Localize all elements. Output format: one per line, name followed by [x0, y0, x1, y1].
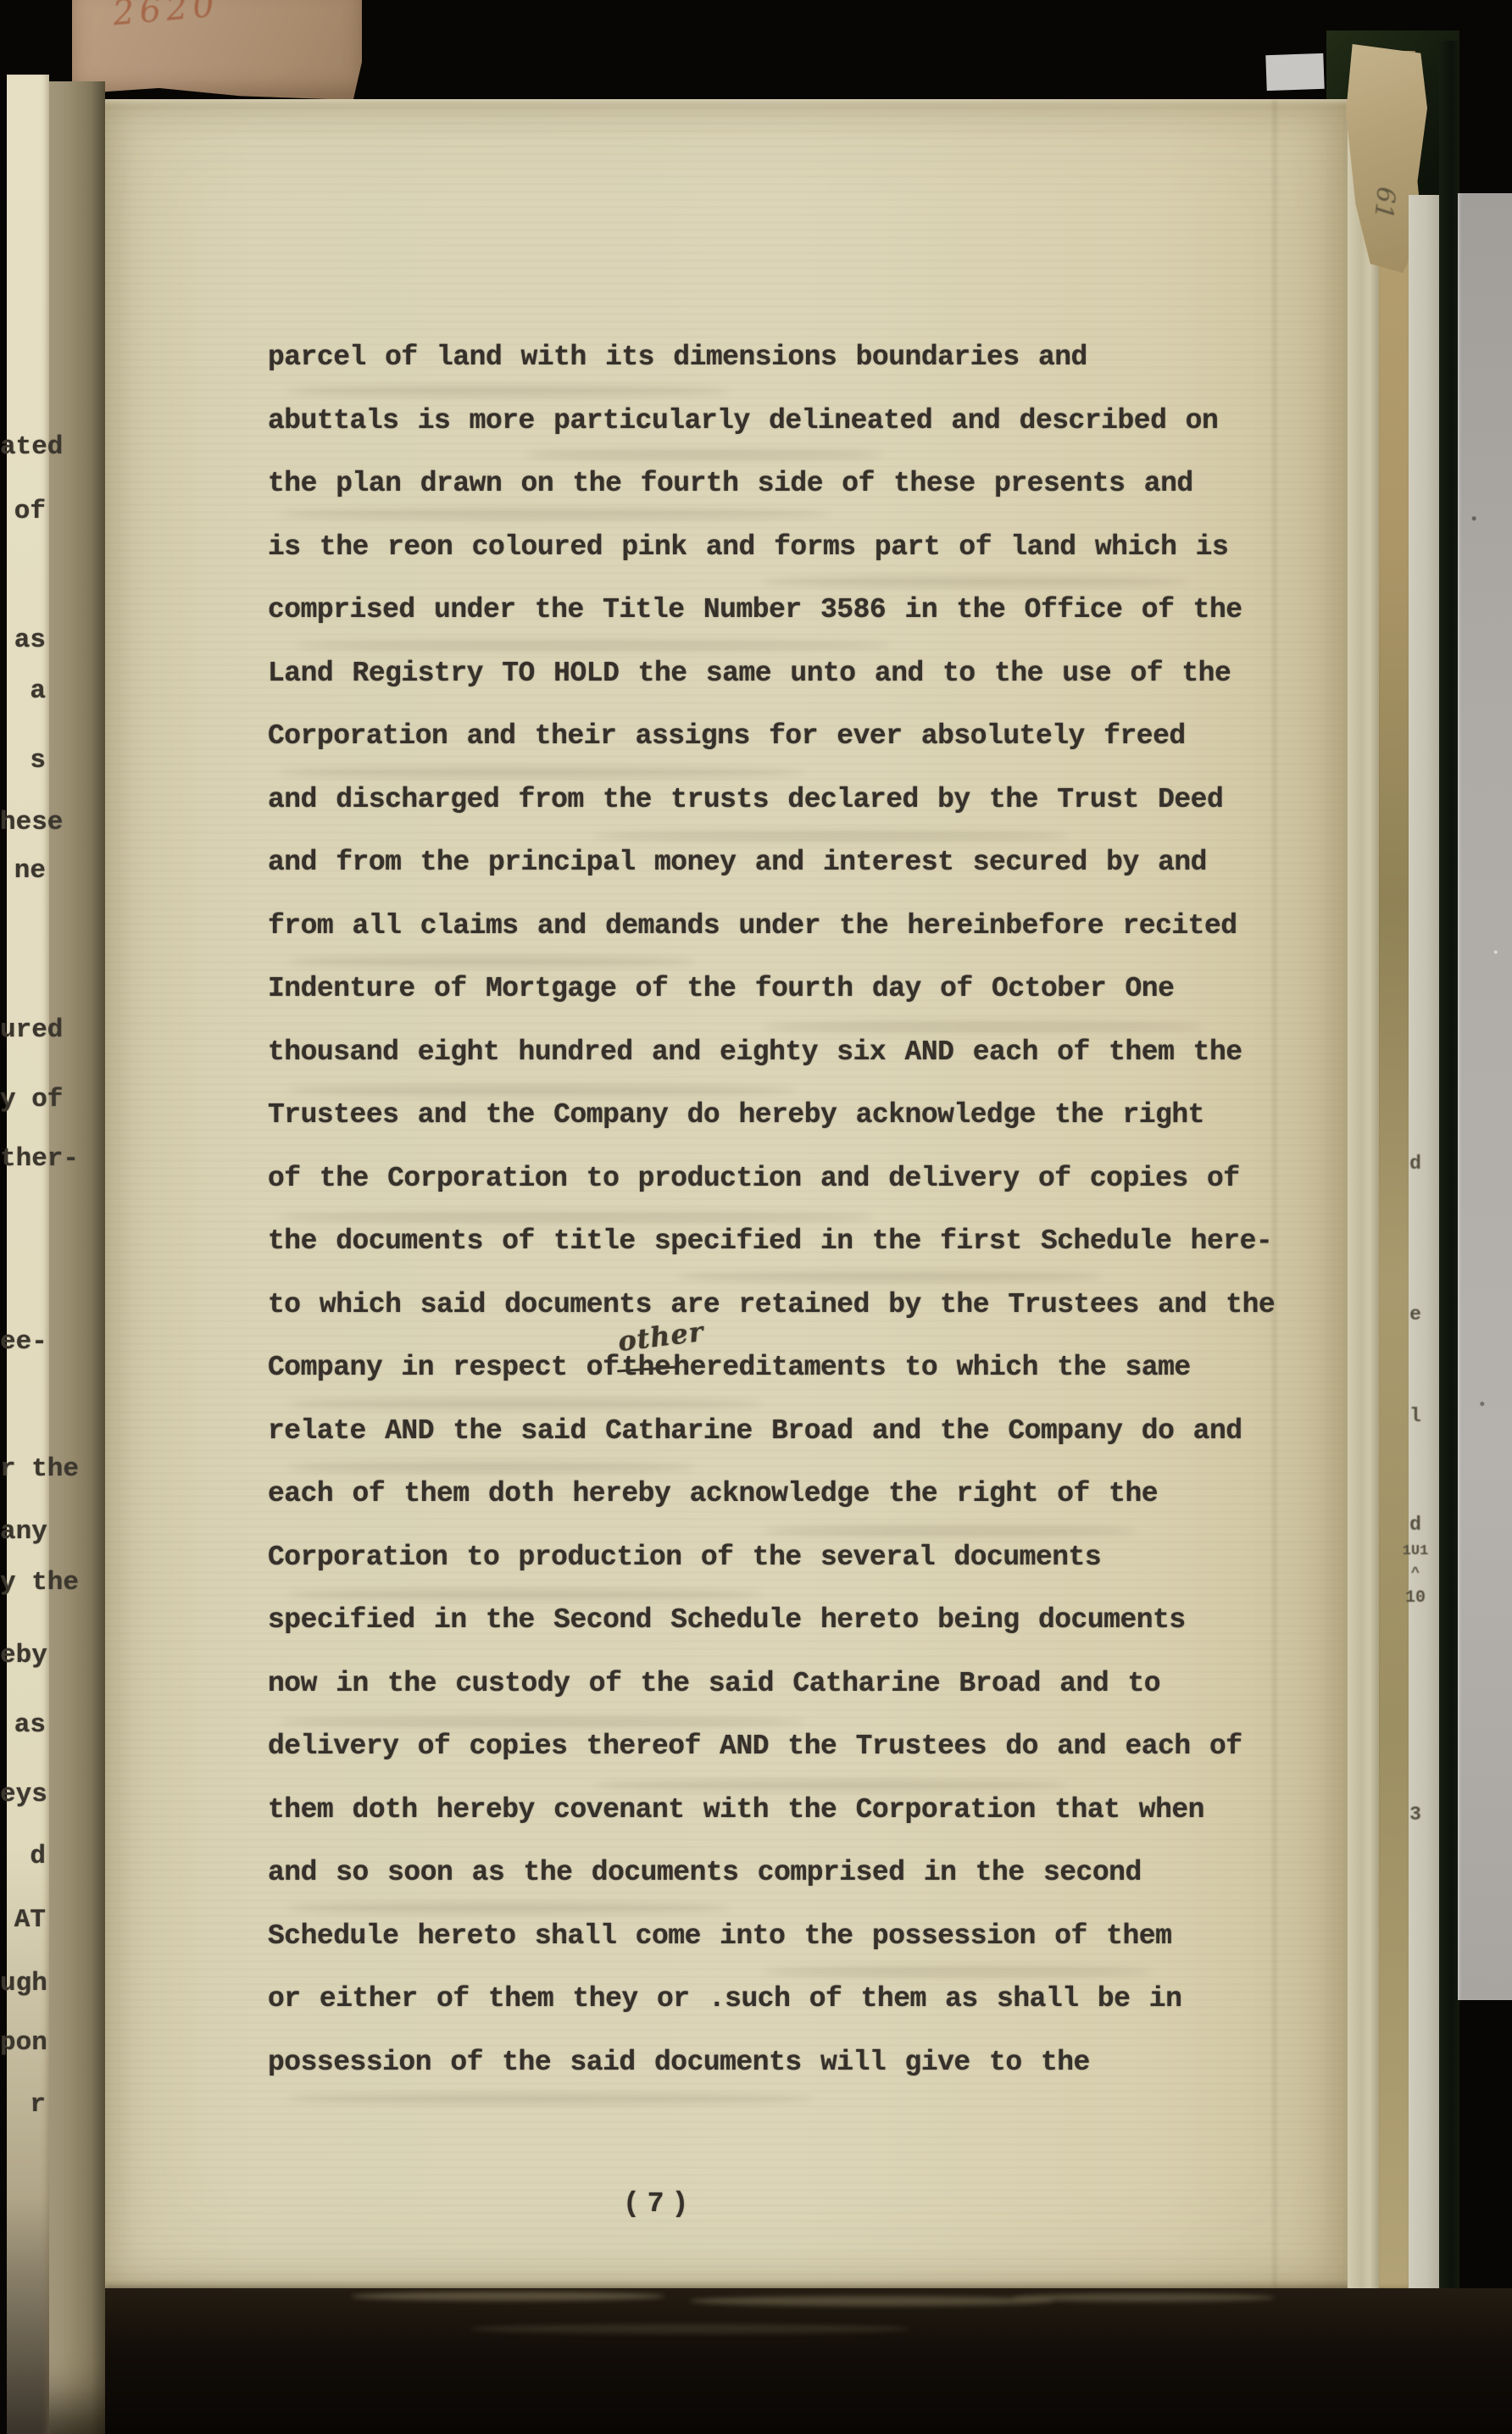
correction-after: hereditaments to which the same: [673, 1352, 1190, 1383]
showthrough-smudge: [763, 1966, 1153, 1977]
edge-fragment: a: [0, 678, 46, 704]
showthrough-smudge: [297, 640, 890, 651]
tag-number: 2620: [111, 0, 220, 33]
text-line: them doth hereby covenant with the Corpo…: [268, 1796, 1204, 1824]
showthrough-smudge: [763, 1525, 1136, 1537]
edge-mark: l: [1397, 1407, 1434, 1426]
showthrough-smudge: [763, 576, 1187, 587]
text-line: Schedule hereto shall come into the poss…: [268, 1922, 1171, 1950]
book-cover-edge: [1439, 41, 1459, 2288]
showthrough-smudge: [288, 1398, 763, 1409]
showthrough-smudge: [280, 508, 831, 520]
showthrough-smudge: [280, 767, 805, 778]
text-line: the plan drawn on the fourth side of the…: [268, 470, 1193, 497]
page-number: (7): [623, 2190, 696, 2218]
edge-mark: 10: [1397, 1590, 1434, 1607]
text-line: and from the principal money and interes…: [268, 848, 1207, 876]
showthrough-smudge: [288, 1462, 695, 1473]
showthrough-smudge: [288, 386, 729, 397]
bottom-page-shadow: [105, 2288, 1512, 2434]
text-line: thousand eight hundred and eighty six AN…: [268, 1038, 1242, 1066]
edge-fragment: any: [0, 1519, 46, 1545]
facing-page-edge: [7, 75, 49, 2434]
edge-fragment: ugh: [0, 1970, 46, 1997]
showthrough-smudge: [288, 2093, 814, 2104]
scanned-deed-page: 2620 parcel of land with its dimensions …: [0, 0, 1512, 2434]
wrinkle-highlight: [470, 2324, 910, 2334]
edge-fragment: pon: [0, 2030, 46, 2056]
edge-fragment: ured: [0, 1017, 46, 1043]
pencil-mark: 61: [1368, 186, 1401, 221]
edge-fragment: ther-: [0, 1146, 46, 1172]
text-line: Land Registry TO HOLD the same unto and …: [268, 659, 1231, 687]
text-line: each of them doth hereby acknowledge the…: [268, 1480, 1158, 1508]
showthrough-smudge: [593, 831, 1068, 842]
text-line: Trustees and the Company do hereby ackno…: [268, 1101, 1204, 1129]
edge-fragment: s: [0, 747, 46, 774]
edge-fragment: y of: [0, 1086, 46, 1113]
edge-mark: d: [1397, 1154, 1434, 1174]
edge-mark: 1U1: [1397, 1544, 1434, 1559]
wrinkle-highlight: [351, 2292, 664, 2301]
showthrough-smudge: [280, 1716, 805, 1727]
edge-mark: d: [1397, 1515, 1434, 1535]
edge-fragment: r the: [0, 1456, 46, 1482]
text-line: and discharged from the trusts declared …: [268, 786, 1223, 814]
edge-fragment: y the: [0, 1570, 46, 1596]
text-line: possession of the said documents will gi…: [268, 2048, 1090, 2076]
showthrough-smudge: [763, 1021, 1203, 1032]
edge-mark: ^: [1397, 1566, 1434, 1581]
edge-mark: e: [1397, 1305, 1434, 1325]
showthrough-smudge: [288, 956, 695, 967]
text-line: specified in the Second Schedule hereto …: [268, 1606, 1186, 1634]
archive-tag: 2620: [72, 0, 362, 100]
gray-card-tab: [1265, 53, 1324, 91]
showthrough-smudge: [288, 1903, 729, 1914]
page-right-edge: [1348, 99, 1379, 2288]
text-line: abuttals is more particularly delineated…: [268, 407, 1218, 435]
wrinkle-highlight: [690, 2296, 1054, 2306]
showthrough-smudge: [280, 1212, 873, 1223]
correction-before: Company in respect of: [268, 1352, 619, 1383]
edge-fragment: ee-: [0, 1329, 46, 1355]
showthrough-smudge: [593, 1780, 1068, 1791]
edge-fragment: eys: [0, 1781, 46, 1808]
page-fold-shadow: [1273, 99, 1276, 2288]
showthrough-smudge: [525, 449, 881, 460]
edge-fragment: as: [0, 1712, 46, 1738]
edge-fragment: d: [0, 1843, 46, 1870]
text-line: and so soon as the documents comprised i…: [268, 1859, 1142, 1887]
edge-mark: 3: [1397, 1805, 1434, 1825]
edge-fragment: AT: [0, 1907, 46, 1933]
edge-fragment: ne: [0, 858, 46, 884]
text-line-with-correction: Company in respect oftheotherhereditamen…: [268, 1353, 1191, 1381]
text-line: Corporation and their assigns for ever a…: [268, 722, 1186, 750]
text-line: or either of them they or .such of them …: [268, 1985, 1181, 2013]
text-line: relate AND the said Catharine Broad and …: [268, 1417, 1242, 1445]
cardboard-backing: [1458, 193, 1512, 2000]
text-line: is the reon coloured pink and forms part…: [268, 533, 1228, 561]
showthrough-smudge: [288, 1589, 763, 1600]
text-line: Indenture of Mortgage of the fourth day …: [268, 975, 1174, 1003]
edge-fragment: of: [0, 498, 46, 525]
edge-fragment: as: [0, 627, 46, 653]
underlying-page-edge: [1409, 195, 1439, 2288]
text-line: the documents of title specified in the …: [268, 1227, 1272, 1255]
showthrough-smudge: [288, 1085, 797, 1096]
edge-fragment: r: [0, 2092, 46, 2118]
text-line: from all claims and demands under the he…: [268, 912, 1237, 940]
wrinkle-highlight: [1012, 2293, 1275, 2302]
text-line: to which said documents are retained by …: [268, 1291, 1275, 1319]
text-line: now in the custody of the said Catharine…: [268, 1670, 1160, 1698]
edge-fragment: hese: [0, 809, 46, 836]
edge-fragment: eby: [0, 1642, 46, 1669]
correction-group: theother: [621, 1353, 670, 1381]
text-line: comprised under the Title Number 3586 in…: [268, 596, 1242, 624]
text-line: Corporation to production of the several…: [268, 1543, 1101, 1571]
edge-fragment: ated: [0, 434, 46, 460]
showthrough-smudge: [678, 1271, 1102, 1282]
text-line: delivery of copies thereof AND the Trust…: [268, 1732, 1242, 1760]
text-line: parcel of land with its dimensions bound…: [268, 343, 1087, 371]
text-line: of the Corporation to production and del…: [268, 1164, 1240, 1192]
